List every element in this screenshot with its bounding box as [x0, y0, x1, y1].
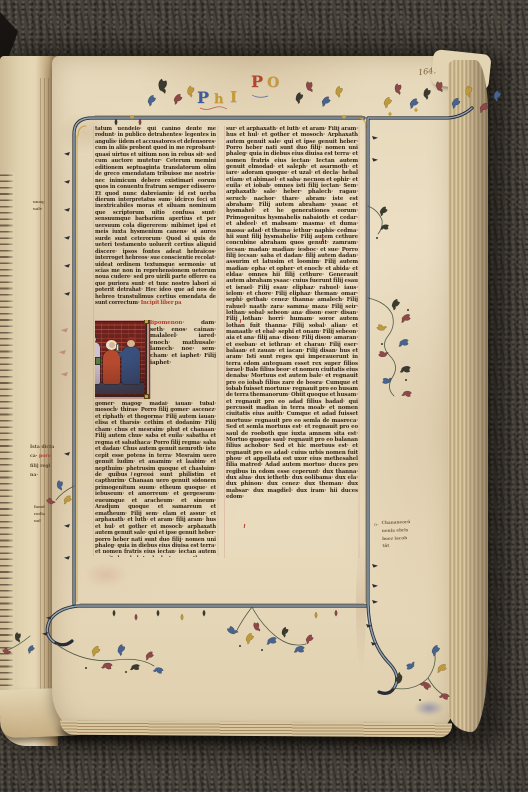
gold-boss: [144, 394, 149, 399]
running-title-letter: P: [197, 88, 209, 107]
left-column-continuation: gomer· magog· madai· iauan· tubal· mosoc…: [95, 401, 216, 557]
left-column-opening: lipomenon· dam· seth· enos· cainan· mala…: [95, 320, 216, 399]
running-title-letter: P: [251, 72, 263, 91]
right-column: sur· et arphaxath· et luth· et aram· Fil…: [226, 126, 358, 560]
gloss-line: na·: [30, 471, 72, 480]
initial-shading: [95, 322, 146, 396]
facing-page-gloss-upper: unoq· uale: [33, 198, 59, 212]
opening-verses: dam· seth· enos· cainan· malaleel· iared…: [150, 320, 216, 366]
historiated-initial-A: [95, 321, 147, 397]
right-margin-gloss: Chananeorū uenia ebris booz iacob tñt: [381, 517, 442, 550]
left-column-prologue: tatum uendelo· qui canino dente me rodun…: [95, 126, 216, 320]
facing-page-gloss-lower: famd rodia uol: [34, 503, 62, 524]
prologue-text: tatum uendelo· qui canino dente me rodun…: [95, 126, 216, 306]
running-title-letter: h: [214, 92, 223, 107]
running-title-letter: O: [267, 75, 279, 91]
gloss-red-word: poro: [39, 454, 51, 459]
rubric-line1: Incipit liber pa: [141, 300, 182, 306]
gold-boss: [144, 320, 149, 324]
gloss-line: filij regi: [30, 462, 72, 471]
manuscript-photo: P h I P O 164. tatum uendelo· qui canino…: [0, 0, 528, 792]
gloss-marker: o-: [374, 522, 379, 528]
left-margin-gloss: Ista dicta ca· poro filij regi na·: [30, 443, 72, 481]
gloss-line: ca· poro: [30, 452, 72, 461]
running-title-letter: I: [230, 88, 237, 106]
gloss-line: Ista dicta: [30, 443, 72, 452]
rubric-line2: lipomenon·: [150, 320, 184, 326]
